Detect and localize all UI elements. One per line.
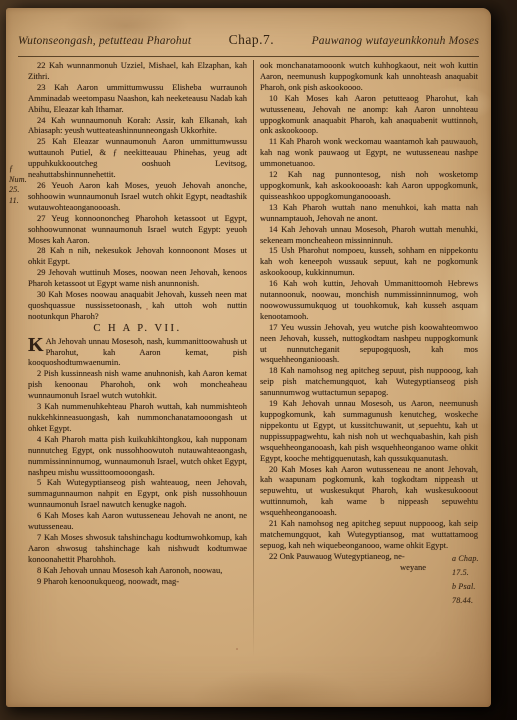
margin-note-line: ƒ Num.: [9, 164, 31, 185]
chapter-number-header: Chap.7.: [229, 32, 275, 48]
margin-note-line: b Psal.: [452, 580, 490, 594]
verse: 24 Kah wunnaumonuh Korah: Assir, kah Elk…: [28, 115, 247, 137]
right-column: ook monchanatamooonk wutch kuhhogkaout, …: [260, 60, 478, 671]
running-header-right: Pauwanog wutayeunkkonuh Moses: [312, 35, 479, 47]
margin-note-left: ƒ Num. 25. 11.: [9, 164, 31, 206]
verse: 17 Yeu wussin Jehovah, yeu wutche pish k…: [260, 322, 478, 366]
margin-note-line: a Chap.: [452, 552, 490, 566]
verse: 23 Kah Aaron ummittumwussu Elisheba wurr…: [28, 82, 247, 115]
verse: 11 Kah Pharoh wonk weckomau waantamoh ka…: [260, 136, 478, 169]
running-header-left: Wutonseongash, petutteau Pharohut: [18, 35, 191, 47]
verse: 5 Kah Wutegyptianseog pish wahteauog, ne…: [28, 477, 247, 510]
book-page: Wutonseongash, petutteau Pharohut Chap.7…: [6, 8, 491, 707]
verse: 29 Jehovah wuttinuh Moses, noowan neen J…: [28, 267, 247, 289]
text-columns: 22 Kah wunnanmonuh Uzziel, Mishael, kah …: [28, 60, 478, 671]
verse: 14 Kah Jehovah unnau Mosesoh, Pharoh wut…: [260, 224, 478, 246]
verse: 2 Pish kussinneash nish wame anuhnonish,…: [28, 368, 247, 401]
running-header: Wutonseongash, petutteau Pharohut Chap.7…: [18, 32, 479, 57]
chapter-heading: C H A P. VII.: [28, 324, 247, 335]
verse: KAh Jehovah unnau Mosesoh, nash, kummani…: [28, 336, 247, 369]
verse: 12 Kah nag punnontesog, nish noh wosketo…: [260, 169, 478, 202]
verse: 19 Kah Jehovah unnau Mosesoh, us Aaron, …: [260, 398, 478, 463]
verse: 10 Kah Moses kah Aaron petutteaog Pharoh…: [260, 93, 478, 137]
margin-note-line: 25. 11.: [9, 185, 31, 206]
verse: 30 Kah Moses noowau anaquabit Jehovah, k…: [28, 289, 247, 322]
verse: 15 Ush Pharohut nompoeu, kusseh, sohham …: [260, 245, 478, 278]
verse: 28 Kah n nih, nekesukok Jehovah konnoono…: [28, 245, 247, 267]
verse-continuation: ook monchanatamooonk wutch kuhhogkaout, …: [260, 60, 478, 93]
verse: 7 Kah Moses shwosuk tahshinchagu kodtumw…: [28, 532, 247, 565]
verse: 20 Kah Moses kah Aaron wutusseneau ne an…: [260, 464, 478, 519]
column-divider-rule: [253, 60, 254, 657]
verse: 22 Kah wunnanmonuh Uzziel, Mishael, kah …: [28, 60, 247, 82]
verse: 27 Yeug konnoononcheg Pharohoh ketassoot…: [28, 213, 247, 246]
margin-note-line: 17.5.: [452, 566, 490, 580]
verse: 4 Kah Pharoh matta pish kuikuhkihtongkou…: [28, 434, 247, 478]
verse: 6 Kah Moses kah Aaron wutusseneau Jehova…: [28, 510, 247, 532]
verse: 25 Kah Eleazar wunnaumonuh Aaron ummittu…: [28, 136, 247, 180]
verse: 16 Kah woh kuttin, Jehovah Ummanittoomoh…: [260, 278, 478, 322]
verse: 3 Kah nummenuhkehteau Pharoh wuttah, kah…: [28, 401, 247, 434]
drop-cap: K: [28, 336, 46, 355]
margin-note-line: 78.44.: [452, 594, 490, 608]
verse: 26 Yeuoh Aaron kah Moses, yeuoh Jehovah …: [28, 180, 247, 213]
verse: 9 Pharoh kenoonukqueog, noowadt, mag-: [28, 576, 247, 587]
margin-note-right: a Chap. 17.5. b Psal. 78.44.: [452, 552, 490, 608]
verse: 21 Kah namohsog neg apitcheg sepuut nupp…: [260, 518, 478, 551]
verse: 8 Kah Jehovah unnau Mosesoh kah Aaronoh,…: [28, 565, 247, 576]
left-column: 22 Kah wunnanmonuh Uzziel, Mishael, kah …: [28, 60, 247, 671]
verse: 13 Kah Pharoh wuttah nano menuhkoi, kah …: [260, 202, 478, 224]
verse: 18 Kah namohsog neg apitcheg sepuut, pis…: [260, 365, 478, 398]
catchword: weyane: [260, 562, 478, 573]
verse: 22 Onk Pauwauog Wutegyptianeog, ne-: [260, 551, 478, 562]
